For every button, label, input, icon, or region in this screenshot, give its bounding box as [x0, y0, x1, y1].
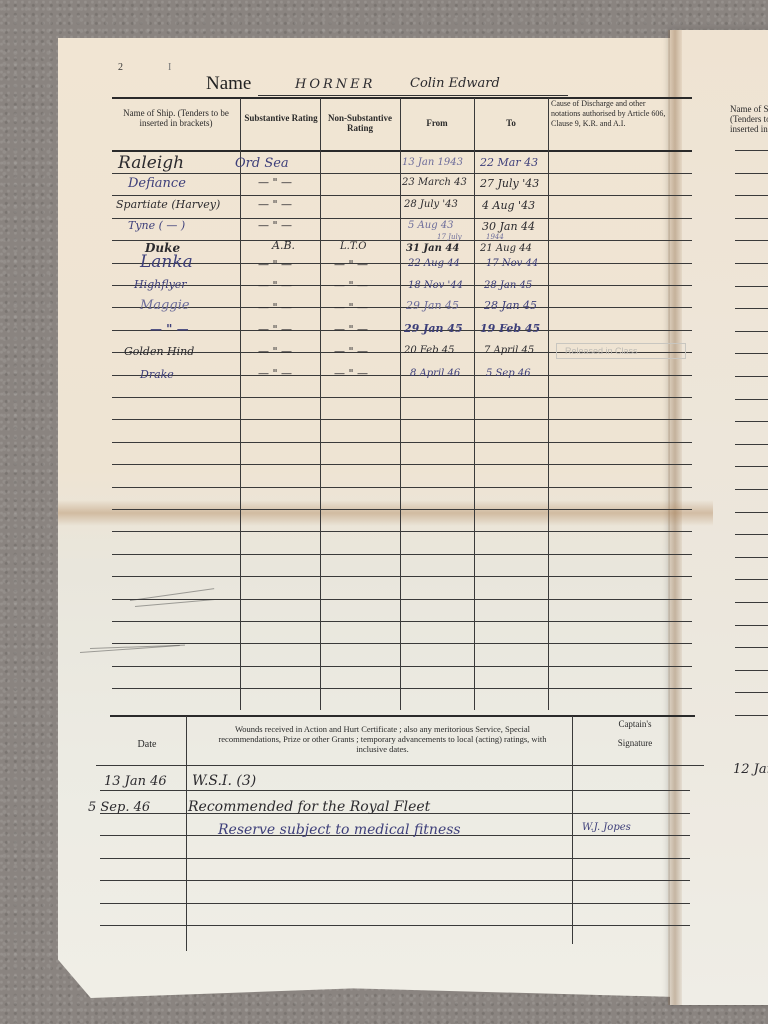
row-substantive: — " — — [258, 301, 292, 314]
header-cause: Cause of Discharge and other notations a… — [551, 99, 671, 129]
ruled-line — [112, 576, 692, 577]
ruled-line — [112, 666, 692, 667]
captain-signature: W.J. Jopes — [582, 822, 631, 833]
row-from: 18 Nov '44 — [408, 280, 463, 291]
ruled-line — [112, 621, 692, 622]
row-to: 28 Jan 45 — [484, 280, 532, 291]
ruled-line — [100, 880, 690, 881]
row-to: 21 Aug 44 — [480, 243, 532, 254]
ruled-line — [735, 670, 768, 671]
remark-text: Reserve subject to medical fitness — [218, 822, 461, 838]
ruled-line — [112, 419, 692, 420]
ruled-line — [735, 308, 768, 309]
row-to: 17 Nov 44 — [486, 258, 538, 269]
header-ship: Name of Ship. (Tenders to be inserted in… — [114, 108, 238, 128]
row-from: 29 Jan 45 — [404, 322, 463, 335]
row-non-substantive: — " — — [334, 345, 368, 358]
adjacent-page-date: 12 Jan — [733, 762, 768, 777]
ruled-line — [100, 858, 690, 859]
ruled-line — [112, 554, 692, 555]
ruled-line — [735, 715, 768, 716]
ruled-line — [735, 240, 768, 241]
ruled-line — [735, 512, 768, 513]
row-ship: — " — — [150, 322, 189, 336]
header-bottom-rule — [112, 150, 692, 152]
ruled-line — [735, 218, 768, 219]
row-non-substantive: — " — — [334, 258, 368, 271]
row-to: 27 July '43 — [480, 177, 539, 190]
ruled-line — [112, 330, 692, 331]
col-divider — [320, 98, 321, 710]
row-ship: Defiance — [128, 176, 186, 191]
page-mark: I — [168, 62, 171, 73]
row-substantive: — " — — [258, 176, 292, 189]
row-to: 19 Feb 45 — [480, 322, 540, 335]
ruled-line — [735, 557, 768, 558]
header-substantive: Substantive Rating — [244, 113, 318, 123]
ruled-line — [735, 263, 768, 264]
name-label: Name — [206, 73, 251, 95]
row-substantive: A.B. — [272, 239, 295, 252]
row-to: 22 Mar 43 — [480, 156, 538, 169]
col-divider — [548, 98, 549, 710]
col-divider — [240, 98, 241, 710]
row-from: 28 July '43 — [404, 199, 458, 210]
ruled-line — [735, 353, 768, 354]
ruled-line — [100, 903, 690, 904]
ruled-line — [112, 375, 692, 376]
row-to-annotation: 1944 — [486, 233, 504, 241]
row-substantive: — " — — [258, 345, 292, 358]
col-divider — [400, 98, 401, 710]
row-substantive: — " — — [258, 219, 292, 232]
header-captain: Captain's — [580, 719, 690, 729]
row-ship: Raleigh — [118, 153, 184, 173]
row-from: 29 Jan 45 — [406, 299, 459, 312]
row-to: 7 April 45 — [484, 345, 534, 356]
header-non-substantive: Non-Substantive Rating — [322, 113, 398, 133]
row-non-substantive: — " — — [334, 323, 368, 336]
header-signature: Signature — [580, 738, 690, 748]
row-ship: Lanka — [140, 252, 193, 272]
ruled-line — [735, 579, 768, 580]
ruled-line — [735, 647, 768, 648]
ruled-line — [112, 487, 692, 488]
row-ship: Maggie — [140, 298, 190, 313]
row-ship: Tyne ( — ) — [128, 219, 185, 232]
forenames-value: Colin Edward — [410, 76, 500, 91]
row-ship: Spartiate (Harvey) — [116, 198, 220, 211]
row-non-substantive: — " — — [334, 279, 368, 292]
adjacent-page-header: Name of Ship (Tenders to be inserted in — [730, 104, 768, 134]
ruled-line — [112, 195, 692, 196]
ruled-line — [735, 421, 768, 422]
row-non-substantive: — " — — [334, 367, 368, 380]
row-from: 23 March 43 — [402, 177, 467, 188]
ruled-line — [112, 307, 692, 308]
ruled-line — [112, 531, 692, 532]
ruled-line — [735, 150, 768, 151]
row-to: 5 Sep 46 — [486, 368, 531, 379]
row-to: 4 Aug '43 — [482, 199, 535, 212]
ruled-line — [735, 625, 768, 626]
row-from: 5 Aug 43 — [408, 220, 454, 231]
row-non-substantive: — " — — [334, 301, 368, 314]
remark-text: W.S.I. (3) — [192, 773, 256, 789]
ruled-line — [735, 399, 768, 400]
header-to: To — [476, 118, 546, 128]
row-substantive: — " — — [258, 198, 292, 211]
row-to: 28 Jan 45 — [484, 299, 537, 312]
row-substantive: — " — — [258, 258, 292, 271]
remark-date: 5 Sep. 46 — [88, 800, 150, 815]
row-from: 31 Jan 44 — [406, 243, 459, 254]
remarks-col-divider — [186, 716, 187, 951]
ruled-line — [112, 263, 692, 264]
row-from: 22 Aug 44 — [408, 258, 460, 269]
ruled-line — [112, 173, 692, 174]
ruled-line — [735, 286, 768, 287]
row-to: 30 Jan 44 — [482, 220, 535, 233]
row-ship: Highflyer — [134, 278, 187, 291]
ruled-line — [112, 397, 692, 398]
ruled-line — [735, 331, 768, 332]
surname-value: HORNER — [295, 77, 375, 92]
remark-date: 13 Jan 46 — [104, 774, 167, 789]
ruled-line — [112, 464, 692, 465]
row-from: 13 Jan 1943 — [402, 157, 463, 168]
ruled-line — [735, 489, 768, 490]
ruled-line — [735, 376, 768, 377]
row-ship: Drake — [140, 368, 174, 381]
row-ship: Golden Hind — [124, 345, 194, 358]
ruled-line — [112, 643, 692, 644]
row-substantive: Ord Sea — [235, 156, 289, 171]
ruled-line — [735, 534, 768, 535]
ruled-line — [735, 444, 768, 445]
row-from-annotation: 17 July — [437, 233, 462, 241]
header-date: Date — [110, 740, 184, 750]
released-stamp: Released in Class — [556, 343, 686, 359]
header-wounds: Wounds received in Action and Hurt Certi… — [210, 724, 555, 754]
horizontal-fold — [58, 500, 713, 526]
header-from: From — [402, 118, 472, 128]
ruled-line — [735, 173, 768, 174]
page-number: 2 — [118, 62, 123, 73]
ruled-line — [100, 790, 690, 791]
ruled-line — [112, 218, 692, 219]
row-non-substantive: L.T.O — [340, 241, 366, 252]
ruled-line — [735, 602, 768, 603]
name-underline — [258, 95, 568, 96]
ruled-line — [735, 466, 768, 467]
ruled-line — [735, 692, 768, 693]
row-from: 8 April 46 — [410, 368, 460, 379]
row-substantive: — " — — [258, 279, 292, 292]
row-from: 20 Feb 45 — [404, 345, 455, 356]
remarks-top-rule — [110, 715, 695, 717]
row-substantive: — " — — [258, 323, 292, 336]
ruled-line — [112, 285, 692, 286]
remarks-header-rule — [96, 765, 704, 766]
remarks-col-divider — [572, 716, 573, 944]
col-divider — [474, 98, 475, 710]
ruled-line — [112, 442, 692, 443]
row-substantive: — " — — [258, 367, 292, 380]
ruled-line — [112, 688, 692, 689]
ruled-line — [112, 509, 692, 510]
ruled-line — [100, 925, 690, 926]
ruled-line — [735, 195, 768, 196]
remark-text: Recommended for the Royal Fleet — [188, 799, 430, 815]
ruled-line — [112, 240, 692, 241]
